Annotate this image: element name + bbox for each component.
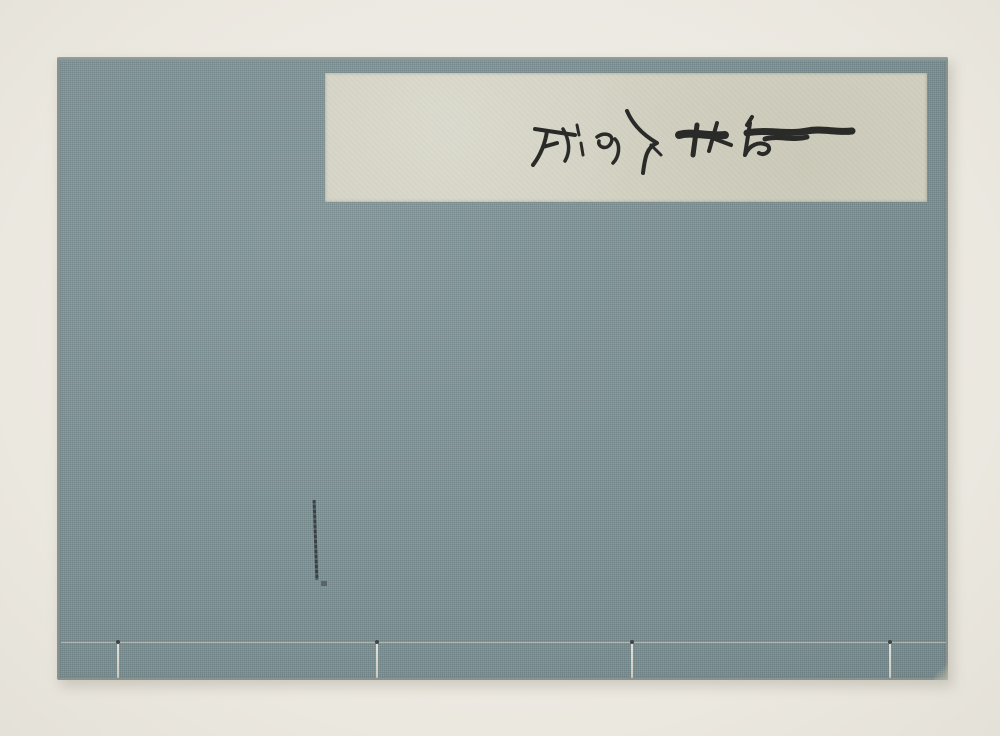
corner-wear (934, 662, 948, 680)
binding-stitch (889, 642, 891, 678)
calligraphy-title (447, 95, 867, 185)
title-slip (325, 73, 927, 202)
binding-margin-line (61, 642, 946, 643)
book-cover (57, 57, 948, 680)
binding-stitch (631, 642, 633, 678)
pencil-mark-tail (321, 581, 327, 586)
pencil-mark (313, 500, 319, 580)
cover-top-edge (57, 57, 948, 61)
binding-stitch (376, 642, 378, 678)
binding-stitch (117, 642, 119, 678)
